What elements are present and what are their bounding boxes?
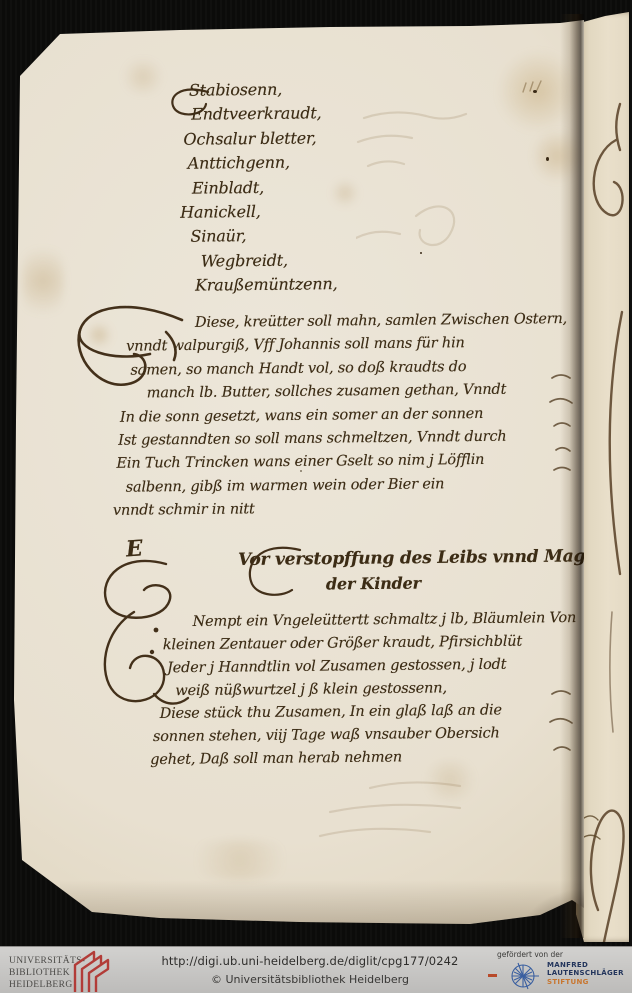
ink-speck bbox=[533, 90, 537, 93]
paper-stain bbox=[120, 60, 166, 94]
manuscript-line: Diese, kreütter soll mahn, samlen Zwisch… bbox=[195, 308, 567, 335]
library-logo-icon bbox=[69, 949, 113, 993]
manuscript-line: kleinen Zentauer oder Größer kraudt, Pfi… bbox=[163, 630, 577, 657]
footer-center: http://digi.ub.uni-heidelberg.de/diglit/… bbox=[150, 954, 470, 986]
ink-speck bbox=[420, 252, 422, 254]
herb-item: Hanickell, bbox=[180, 199, 337, 225]
manuscript-line: gehet, Daß soll man herab nehmen bbox=[150, 745, 502, 772]
paper-stain bbox=[534, 126, 580, 186]
recipe-paragraph-3: Diese stück thu Zusamen, In ein glaß laß… bbox=[0, 699, 502, 773]
manuscript-line: sonnen stehen, viij Tage waß vnsauber Ob… bbox=[153, 722, 502, 749]
funding-note: gefördert von der bbox=[497, 950, 563, 959]
manuscript-page: Stabiosenn, Endtveerkraudt, Ochsalur ble… bbox=[0, 0, 584, 938]
sponsor-logo-icon bbox=[508, 960, 540, 992]
bleedthrough-marks bbox=[300, 778, 530, 848]
ink-speck bbox=[546, 157, 549, 161]
paper-stain bbox=[180, 840, 300, 880]
manuscript-line: weiß nüßwurtzel j ß klein gestossenn, bbox=[175, 676, 577, 703]
herb-item: Einbladt, bbox=[192, 175, 337, 201]
herb-item: Wegbreidt, bbox=[201, 248, 338, 274]
digitized-page-viewer: Stabiosenn, Endtveerkraudt, Ochsalur ble… bbox=[0, 0, 632, 993]
herb-item: Sinaür, bbox=[190, 224, 337, 250]
herb-item: Endtveerkraudt, bbox=[191, 102, 336, 128]
page-corner-shadow bbox=[470, 860, 584, 938]
page-url[interactable]: http://digi.ub.uni-heidelberg.de/diglit/… bbox=[150, 954, 470, 968]
recipe-paragraph-1: Diese, kreütter soll mahn, samlen Zwisch… bbox=[0, 308, 569, 525]
manuscript-line: vnndt schmir in nitt bbox=[113, 495, 569, 523]
chapter-heading-line1: Vor verstopffung des Leibs vnnd Magens, bbox=[238, 546, 623, 570]
sponsor-dash-icon bbox=[488, 974, 497, 977]
paper-stain bbox=[22, 238, 64, 324]
sponsor-wordmark: MANFRED LAUTENSCHLÄGER STIFTUNG bbox=[547, 961, 624, 986]
viewer-footer: UNIVERSITÄTS- BIBLIOTHEK HEIDELBERG http… bbox=[0, 946, 632, 993]
herb-list: Stabiosenn, Endtveerkraudt, Ochsalur ble… bbox=[175, 77, 338, 298]
herb-item: Stabiosenn, bbox=[189, 77, 336, 103]
herb-item: Ochsalur bletter, bbox=[183, 126, 336, 152]
herb-item: Kraußemüntzenn, bbox=[195, 272, 338, 298]
recipe-paragraph-2: Nempt ein Vngeleüttertt schmaltz j lb, B… bbox=[0, 607, 577, 705]
copyright-notice: © Universitätsbibliothek Heidelberg bbox=[150, 973, 470, 986]
chapter-heading-line2: der Kinder bbox=[326, 574, 421, 594]
manuscript-line: manch lb. Butter, sollches zusamen getha… bbox=[147, 378, 568, 406]
sponsor-name-line2: LAUTENSCHLÄGER bbox=[547, 969, 624, 977]
sponsor-name-line3: STIFTUNG bbox=[547, 978, 624, 986]
paper-stain bbox=[498, 48, 578, 134]
herb-item: Anttichgenn, bbox=[188, 150, 337, 176]
margin-paragraph-mark: E bbox=[125, 535, 143, 562]
